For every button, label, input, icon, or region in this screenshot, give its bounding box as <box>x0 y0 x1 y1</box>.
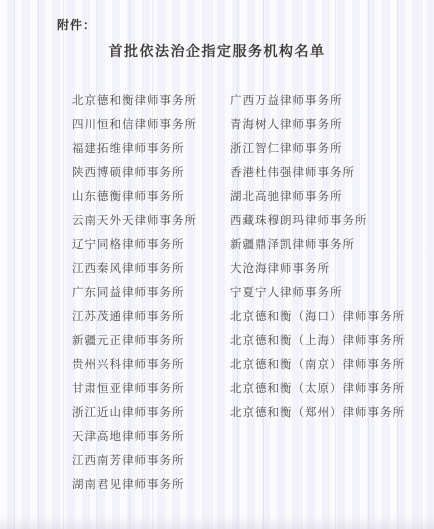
firm-name-right <box>230 449 434 473</box>
scan-streak-line <box>63 0 64 529</box>
list-item: 新疆元正律师事务所北京德和衡（上海）律师事务所 <box>72 329 434 353</box>
firm-name-left: 江苏茂通律师事务所 <box>72 305 230 329</box>
list-item: 天津高地律师事务所 <box>72 425 434 449</box>
firm-name-left: 福建拓维律师事务所 <box>72 137 230 161</box>
firm-name-right: 湖北高驰律师事务所 <box>230 185 434 209</box>
firm-list: 北京德和衡律师事务所广西万益律师事务所四川恒和信律师事务所青海树人律师事务所福建… <box>72 89 434 497</box>
firm-name-right: 香港杜伟强律师事务所 <box>230 161 434 185</box>
firm-name-left: 北京德和衡律师事务所 <box>72 89 230 113</box>
list-item: 四川恒和信律师事务所青海树人律师事务所 <box>72 113 434 137</box>
firm-name-left: 广东同益律师事务所 <box>72 281 230 305</box>
firm-name-right: 北京德和衡（上海）律师事务所 <box>230 329 434 353</box>
list-item: 江西秦风律师事务所大沧海律师事务所 <box>72 257 434 281</box>
list-item: 广东同益律师事务所宁夏宁人律师事务所 <box>72 281 434 305</box>
firm-name-left: 陕西博硕律师事务所 <box>72 161 230 185</box>
list-item: 江西南芳律师事务所 <box>72 449 434 473</box>
firm-name-left: 辽宁同格律师事务所 <box>72 233 230 257</box>
attachment-label: 附件： <box>57 16 96 33</box>
firm-name-left: 天津高地律师事务所 <box>72 425 230 449</box>
firm-name-left: 云南天外天律师事务所 <box>72 209 230 233</box>
list-item: 江苏茂通律师事务所北京德和衡（海口）律师事务所 <box>72 305 434 329</box>
firm-name-left: 四川恒和信律师事务所 <box>72 113 230 137</box>
firm-name-right: 西藏珠穆朗玛律师事务所 <box>230 209 434 233</box>
firm-name-left: 江西南芳律师事务所 <box>72 449 230 473</box>
list-item: 山东德衡律师事务所湖北高驰律师事务所 <box>72 185 434 209</box>
firm-name-left: 贵州兴科律师事务所 <box>72 353 230 377</box>
list-item: 贵州兴科律师事务所北京德和衡（南京）律师事务所 <box>72 353 434 377</box>
firm-name-right: 大沧海律师事务所 <box>230 257 434 281</box>
firm-name-right <box>230 425 434 449</box>
firm-name-right: 宁夏宁人律师事务所 <box>230 281 434 305</box>
firm-name-right: 青海树人律师事务所 <box>230 113 434 137</box>
list-item: 福建拓维律师事务所浙江智仁律师事务所 <box>72 137 434 161</box>
scan-streak-line <box>38 0 39 529</box>
list-item: 北京德和衡律师事务所广西万益律师事务所 <box>72 89 434 113</box>
list-item: 甘肃恒亚律师事务所北京德和衡（太原）律师事务所 <box>72 377 434 401</box>
firm-name-left: 江西秦风律师事务所 <box>72 257 230 281</box>
list-item: 浙江近山律师事务所北京德和衡（郑州）律师事务所 <box>72 401 434 425</box>
firm-name-right <box>230 473 434 497</box>
firm-name-right: 广西万益律师事务所 <box>230 89 434 113</box>
list-item: 辽宁同格律师事务所新疆鼎泽凯律师事务所 <box>72 233 434 257</box>
list-item: 湖南君见律师事务所 <box>72 473 434 497</box>
firm-name-left: 新疆元正律师事务所 <box>72 329 230 353</box>
firm-name-right: 北京德和衡（郑州）律师事务所 <box>230 401 434 425</box>
scanned-document-page: 附件： 首批依法治企指定服务机构名单 北京德和衡律师事务所广西万益律师事务所四川… <box>0 0 434 529</box>
firm-name-left: 湖南君见律师事务所 <box>72 473 230 497</box>
list-item: 云南天外天律师事务所西藏珠穆朗玛律师事务所 <box>72 209 434 233</box>
firm-name-right: 北京德和衡（海口）律师事务所 <box>230 305 434 329</box>
document-title: 首批依法治企指定服务机构名单 <box>0 41 434 61</box>
firm-name-right: 新疆鼎泽凯律师事务所 <box>230 233 434 257</box>
firm-name-left: 浙江近山律师事务所 <box>72 401 230 425</box>
firm-name-left: 甘肃恒亚律师事务所 <box>72 377 230 401</box>
firm-name-right: 北京德和衡（南京）律师事务所 <box>230 353 434 377</box>
firm-name-right: 浙江智仁律师事务所 <box>230 137 434 161</box>
list-item: 陕西博硕律师事务所香港杜伟强律师事务所 <box>72 161 434 185</box>
firm-name-right: 北京德和衡（太原）律师事务所 <box>230 377 434 401</box>
scan-streak-line <box>14 0 15 529</box>
firm-name-left: 山东德衡律师事务所 <box>72 185 230 209</box>
